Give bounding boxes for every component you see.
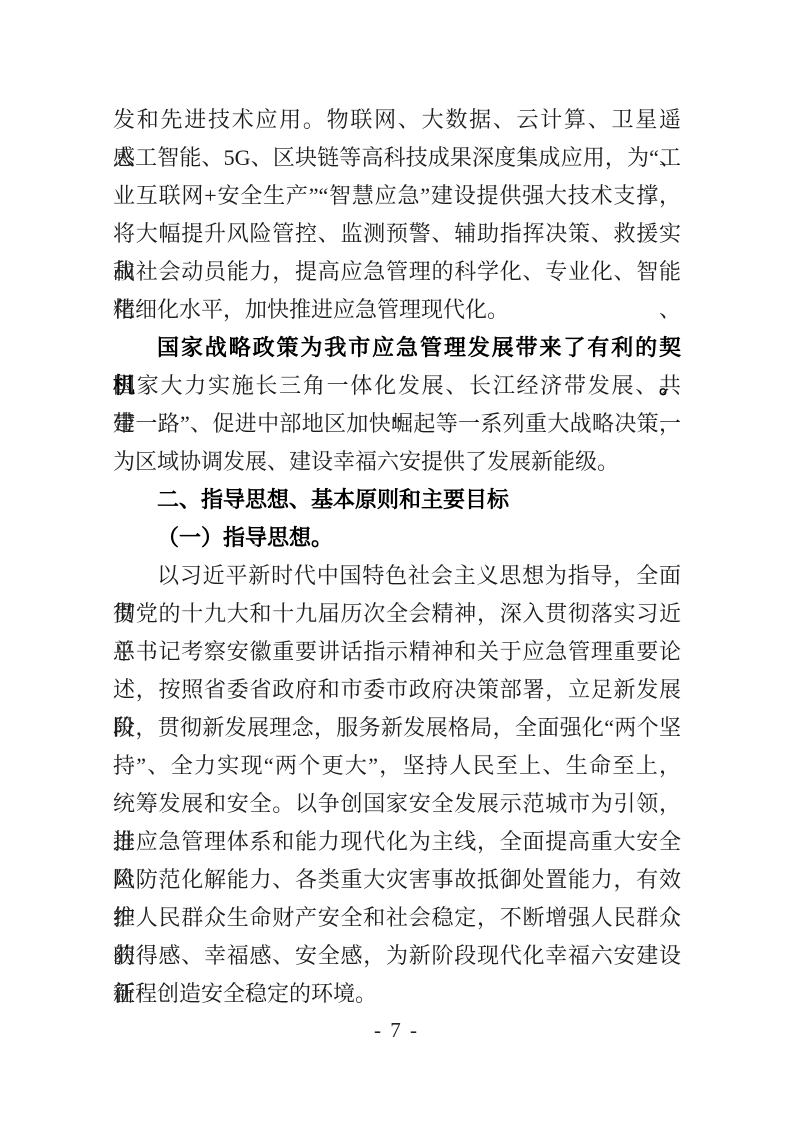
text-line: 国家大力实施长三角一体化发展、长江经济带发展、共建“一 [113, 367, 681, 405]
text-line: 二、指导思想、基本原则和主要目标 [113, 481, 681, 519]
text-line: 发和先进技术应用。物联网、大数据、云计算、卫星遥感、 [113, 101, 681, 139]
text-line: 总书记考察安徽重要讲话指示精神和关于应急管理重要论 [113, 633, 681, 671]
text-line: 获得感、幸福感、安全感，为新阶段现代化幸福六安建设新 [113, 937, 681, 975]
text-line: 护人民群众生命财产安全和社会稳定，不断增强人民群众的 [113, 899, 681, 937]
text-line: 人工智能、5G、区块链等高科技成果深度集成应用，为“工 [113, 139, 681, 177]
text-line: 将大幅提升风险管控、监测预警、辅助指挥决策、救援实战 [113, 215, 681, 253]
text-line: 险防范化解能力、各类重大灾害事故抵御处置能力，有效维 [113, 861, 681, 899]
document-page: 发和先进技术应用。物联网、大数据、云计算、卫星遥感、人工智能、5G、区块链等高科… [0, 0, 793, 1122]
text-line: 业互联网+安全生产”“智慧应急”建设提供强大技术支撑， [113, 177, 681, 215]
text-line: 进应急管理体系和能力现代化为主线，全面提高重大安全风 [113, 823, 681, 861]
text-line: 统筹发展和安全。以争创国家安全发展示范城市为引领，推 [113, 785, 681, 823]
text-line: 为区域协调发展、建设幸福六安提供了发展新能级。 [113, 443, 681, 481]
text-line: 和社会动员能力，提高应急管理的科学化、专业化、智能化、 [113, 253, 681, 291]
text-line: 述，按照省委省政府和市委市政府决策部署，立足新发展阶 [113, 671, 681, 709]
text-line: 彻党的十九大和十九届历次全会精神，深入贯彻落实习近平 [113, 595, 681, 633]
text-line: 以习近平新时代中国特色社会主义思想为指导，全面贯 [113, 557, 681, 595]
text-line: 国家战略政策为我市应急管理发展带来了有利的契机。 [113, 329, 681, 367]
text-line: 征程创造安全稳定的环境。 [113, 975, 681, 1013]
text-line: 持”、全力实现“两个更大”，坚持人民至上、生命至上， [113, 747, 681, 785]
document-body: 发和先进技术应用。物联网、大数据、云计算、卫星遥感、人工智能、5G、区块链等高科… [113, 101, 681, 1013]
text-line: 带一路”、促进中部地区加快崛起等一系列重大战略决策， [113, 405, 681, 443]
text-line: 段，贯彻新发展理念，服务新发展格局，全面强化“两个坚 [113, 709, 681, 747]
text-line: （一）指导思想。 [113, 519, 681, 557]
page-number: - 7 - [0, 1018, 793, 1043]
